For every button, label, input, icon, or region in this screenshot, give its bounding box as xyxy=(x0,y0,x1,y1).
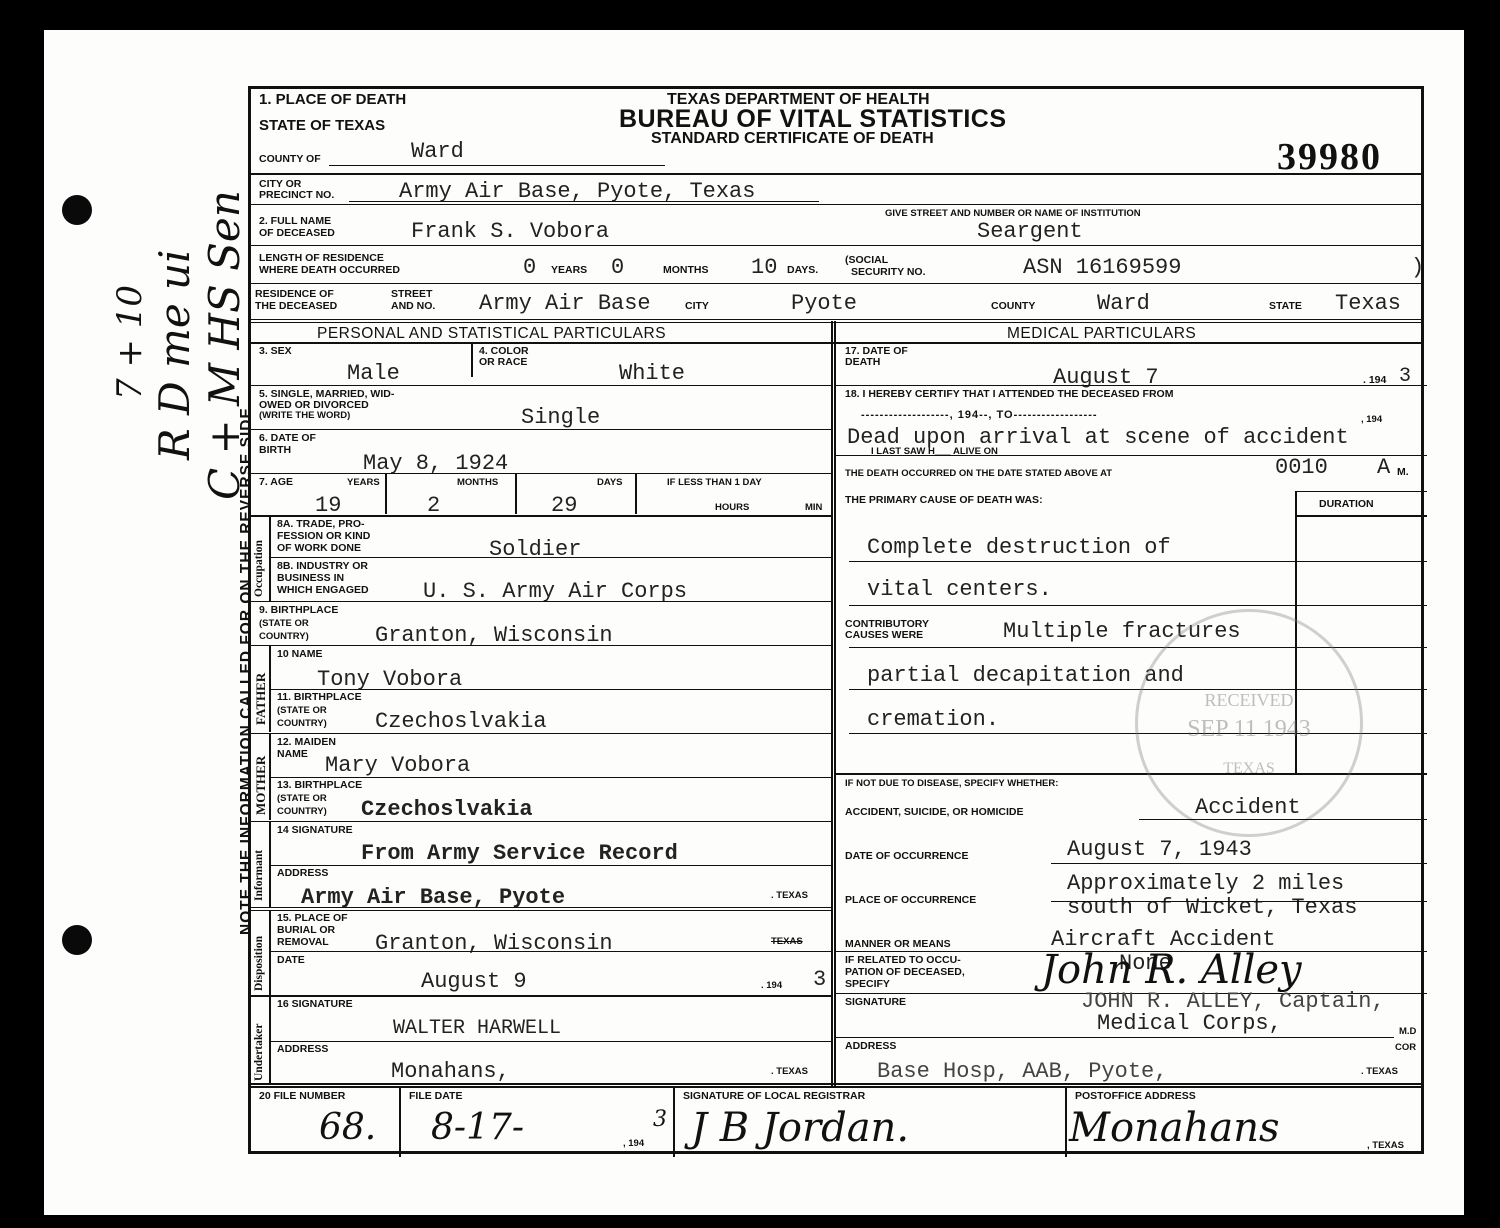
ssn-label-2: SECURITY NO. xyxy=(851,267,925,278)
mother-birthplace-label-2: (STATE OR xyxy=(277,794,327,804)
divider xyxy=(269,865,831,866)
residence-length-label-1: LENGTH OF RESIDENCE xyxy=(259,253,384,264)
ssn-label-1: (SOCIAL xyxy=(845,255,888,266)
residence-county-label: COUNTY xyxy=(991,301,1035,312)
age-months-label: MONTHS xyxy=(457,478,498,488)
burial-state-struck: TEXAS xyxy=(771,937,803,947)
min-label: MIN xyxy=(805,503,822,513)
file-date: 8-17- xyxy=(431,1107,524,1148)
physician-signature-label: SIGNATURE xyxy=(845,997,906,1008)
means-label: MANNER OR MEANS xyxy=(845,939,951,950)
birthplace-label-1: 9. BIRTHPLACE xyxy=(259,605,338,616)
residence-months: 0 xyxy=(611,255,624,280)
underline xyxy=(1051,901,1427,902)
md-label: M.D xyxy=(1399,1027,1416,1037)
full-name-label-1: 2. FULL NAME xyxy=(259,216,331,227)
hours-label: HOURS xyxy=(715,503,749,513)
burial-year-digit: 3 xyxy=(813,967,826,992)
residence-label-2: THE DECEASED xyxy=(255,301,337,312)
texas-suffix: , TEXAS xyxy=(1367,1141,1404,1151)
months-label: MONTHS xyxy=(663,265,709,276)
primary-cause-label: THE PRIMARY CAUSE OF DEATH WAS: xyxy=(845,495,1043,506)
divider xyxy=(251,429,831,430)
physician-signature-handwritten: John R. Alley xyxy=(1041,947,1302,993)
death-certificate-form: 1. PLACE OF DEATH STATE OF TEXAS TEXAS D… xyxy=(248,86,1424,1154)
death-time: 0010 xyxy=(1275,455,1328,480)
father-name-label: 10 NAME xyxy=(277,649,323,660)
divider xyxy=(1295,515,1427,517)
not-disease-label: IF NOT DUE TO DISEASE, SPECIFY WHETHER: xyxy=(845,779,1058,789)
mother-name-label-1: 12. MAIDEN xyxy=(277,737,336,748)
less-than-day-label: IF LESS THAN 1 DAY xyxy=(667,478,762,488)
residence-years: 0 xyxy=(523,255,536,280)
deceased-rank: Seargent xyxy=(977,219,1083,244)
residence-county: Ward xyxy=(1097,291,1150,316)
father-birthplace-label-2: (STATE OR xyxy=(277,706,327,716)
divider xyxy=(849,605,1427,606)
file-date-label: FILE DATE xyxy=(409,1091,462,1102)
occupation-side-label: Occupation xyxy=(253,540,265,597)
residence-label-1: RESIDENCE OF xyxy=(255,289,334,300)
postoffice-label: POSTOFFICE ADDRESS xyxy=(1075,1091,1196,1102)
deceased-name: Frank S. Vobora xyxy=(411,219,609,244)
occupation-related-label-1: IF RELATED TO OCCU- xyxy=(845,955,961,966)
divider xyxy=(269,951,831,952)
divider xyxy=(269,996,271,1084)
informant-signature-label: 14 SIGNATURE xyxy=(277,825,353,836)
physician-address-label: ADDRESS xyxy=(845,1041,896,1052)
mother-birthplace-label-3: COUNTRY) xyxy=(277,807,327,817)
occurrence-date-label: DATE OF OCCURRENCE xyxy=(845,851,968,862)
divider xyxy=(251,907,831,911)
industry-label-2: BUSINESS IN xyxy=(277,573,344,584)
texas-suffix: . TEXAS xyxy=(771,1067,808,1077)
divider xyxy=(251,473,831,474)
residence-length-label-2: WHERE DEATH OCCURRED xyxy=(259,265,400,276)
race-value: White xyxy=(619,361,685,386)
margin-handwriting: 7 + 10 R D me ui C + M HS Sen xyxy=(60,200,210,500)
divider xyxy=(269,516,271,602)
primary-cause-2: vital centers. xyxy=(867,577,1052,602)
divider xyxy=(251,821,831,822)
burial-label-3: REMOVAL xyxy=(277,937,329,948)
file-number: 68. xyxy=(319,1107,376,1148)
divider xyxy=(834,1037,1394,1038)
divider xyxy=(834,385,1427,386)
postoffice-value: Monahans xyxy=(1069,1105,1280,1151)
divider xyxy=(251,645,831,646)
mother-birthplace-label-1: 13. BIRTHPLACE xyxy=(277,780,362,791)
registrar-signature: J B Jordan. xyxy=(691,1105,909,1151)
time-label: THE DEATH OCCURRED ON THE DATE STATED AB… xyxy=(845,469,1112,479)
ssn-close-paren: ) xyxy=(1411,255,1424,280)
death-date: August 7 xyxy=(1053,365,1159,390)
industry-label-1: 8B. INDUSTRY OR xyxy=(277,561,368,572)
death-date-label-2: DEATH xyxy=(845,357,880,368)
divider xyxy=(251,173,1421,175)
stamp-line: TEXAS xyxy=(1138,760,1360,778)
header-certificate-type: STANDARD CERTIFICATE OF DEATH xyxy=(651,130,934,148)
file-number-label: 20 FILE NUMBER xyxy=(259,1091,345,1102)
physician-address: Base Hosp, AAB, Pyote, xyxy=(877,1059,1167,1084)
center-divider xyxy=(831,321,836,1087)
divider xyxy=(269,911,271,995)
undertaker-address: Monahans, xyxy=(391,1059,510,1084)
birthplace-label-3: COUNTRY) xyxy=(259,632,309,642)
burial-date: August 9 xyxy=(421,969,527,994)
divider xyxy=(515,474,517,514)
divider xyxy=(269,1041,831,1042)
county-value: Ward xyxy=(411,139,464,164)
divider xyxy=(251,601,831,602)
divider xyxy=(399,1087,401,1157)
undertaker-signature-label: 16 SIGNATURE xyxy=(277,999,353,1010)
place-of-death-label: 1. PLACE OF DEATH xyxy=(259,93,406,106)
divider xyxy=(251,245,1421,246)
punch-hole xyxy=(62,925,92,955)
underline xyxy=(834,455,1427,456)
divider xyxy=(251,733,831,734)
disposition-side-label: Disposition xyxy=(253,936,265,991)
street-label-1: STREET xyxy=(391,289,432,300)
medical-section-heading: MEDICAL PARTICULARS xyxy=(1007,325,1196,343)
burial-place: Granton, Wisconsin xyxy=(375,931,613,956)
duration-label: DURATION xyxy=(1319,499,1374,510)
burial-label-2: BURIAL OR xyxy=(277,925,335,936)
occurrence-place-1: Approximately 2 miles xyxy=(1067,871,1344,896)
occurrence-date: August 7, 1943 xyxy=(1067,837,1252,862)
divider xyxy=(1295,491,1427,492)
city-value: Army Air Base, Pyote, Texas xyxy=(399,179,755,204)
sex-label: 3. SEX xyxy=(259,346,292,357)
manner-type-label: ACCIDENT, SUICIDE, OR HOMICIDE xyxy=(845,807,1024,818)
industry-label-3: WHICH ENGAGED xyxy=(277,585,369,596)
county-underline xyxy=(329,165,665,166)
divider xyxy=(673,1087,675,1157)
trade-label-1: 8A. TRADE, PRO- xyxy=(277,519,365,530)
margin-note-line: R D me ui xyxy=(150,249,199,460)
age-days-label: DAYS xyxy=(597,478,623,488)
age-label: 7. AGE xyxy=(259,477,293,488)
divider xyxy=(251,515,831,517)
cor-label: COR xyxy=(1395,1043,1416,1053)
father-side-label: FATHER xyxy=(253,673,269,725)
divider xyxy=(635,474,637,514)
father-birthplace-label-3: COUNTRY) xyxy=(277,719,327,729)
marital-label-3: (WRITE THE WORD) xyxy=(259,411,350,421)
manner-type: Accident xyxy=(1195,795,1301,820)
occurrence-place-label: PLACE OF OCCURRENCE xyxy=(845,895,976,906)
days-label: DAYS. xyxy=(787,265,818,276)
burial-year-prefix: . 194 xyxy=(761,981,782,991)
divider xyxy=(251,204,1421,205)
registrar-signature-label: SIGNATURE OF LOCAL REGISTRAR xyxy=(683,1091,865,1102)
sex-value: Male xyxy=(347,361,400,386)
undertaker-signature: WALTER HARWELL xyxy=(393,1017,561,1040)
dob-label-2: BIRTH xyxy=(259,445,291,456)
marital-value: Single xyxy=(521,405,600,430)
informant-side-label: Informant xyxy=(253,850,265,901)
divider xyxy=(269,777,831,778)
attended-year-suffix: , 194 xyxy=(1361,415,1382,425)
mother-name-label-2: NAME xyxy=(277,749,308,760)
county-label: COUNTY OF xyxy=(259,154,321,165)
contributory-label-2: CAUSES WERE xyxy=(845,630,923,641)
years-label: YEARS xyxy=(551,265,587,276)
divider xyxy=(385,474,387,514)
full-name-label-2: OF DECEASED xyxy=(259,228,335,239)
dob-label-1: 6. DATE OF xyxy=(259,433,316,444)
mother-name: Mary Vobora xyxy=(325,753,470,778)
undertaker-side-label: Undertaker xyxy=(253,1024,265,1082)
primary-cause-1: Complete destruction of xyxy=(867,535,1171,560)
contributory-3: cremation. xyxy=(867,707,999,732)
mother-side-label: MOTHER xyxy=(253,756,269,815)
occupation-related-label-2: PATION OF DECEASED, xyxy=(845,967,965,978)
divider xyxy=(1065,1087,1067,1157)
residence-state: Texas xyxy=(1335,291,1401,316)
institution-label: GIVE STREET AND NUMBER OR NAME OF INSTIT… xyxy=(885,209,1141,219)
last-saw-typed: Dead upon arrival at scene of accident xyxy=(847,425,1349,450)
divider xyxy=(849,647,1427,648)
divider xyxy=(251,283,1421,284)
undertaker-address-label: ADDRESS xyxy=(277,1044,328,1055)
occupation-related-label-3: SPECIFY xyxy=(845,979,890,990)
certify-label: 18. I HEREBY CERTIFY THAT I ATTENDED THE… xyxy=(845,389,1173,400)
birthplace-label-2: (STATE OR xyxy=(259,619,309,629)
father-birthplace: Czechoslvakia xyxy=(375,709,547,734)
physician-signature-typed-2: Medical Corps, xyxy=(1097,1011,1282,1036)
underline xyxy=(1139,819,1427,820)
residence-state-label: STATE xyxy=(1269,301,1302,312)
texas-suffix: . TEXAS xyxy=(1361,1067,1398,1077)
trade-label-3: OF WORK DONE xyxy=(277,543,361,554)
ssn-value: ASN 16169599 xyxy=(1023,255,1181,280)
residence-street: Army Air Base xyxy=(479,291,651,316)
residence-days: 10 xyxy=(751,255,777,280)
death-meridiem: A xyxy=(1377,455,1390,480)
texas-suffix: . TEXAS xyxy=(771,891,808,901)
file-year-digit: 3 xyxy=(653,1107,667,1132)
underline xyxy=(1051,863,1427,864)
margin-note-line: 7 + 10 xyxy=(110,285,150,400)
divider xyxy=(251,319,1421,323)
divider xyxy=(269,689,831,690)
divider xyxy=(251,342,1421,344)
divider xyxy=(251,1083,1421,1088)
informant-signature: From Army Service Record xyxy=(361,841,678,866)
divider xyxy=(849,561,1427,562)
stamp-line: SEP 11 1943 xyxy=(1138,716,1360,743)
residence-city-label: CITY xyxy=(685,301,709,312)
personal-section-heading: PERSONAL AND STATISTICAL PARTICULARS xyxy=(317,325,666,343)
father-birthplace-label-1: 11. BIRTHPLACE xyxy=(277,692,362,703)
city-label-2: PRECINCT NO. xyxy=(259,190,334,201)
informant-address-label: ADDRESS xyxy=(277,868,328,879)
contributory-2: partial decapitation and xyxy=(867,663,1184,688)
meridiem-suffix: M. xyxy=(1397,467,1409,478)
trade-label-2: FESSION OR KIND xyxy=(277,531,370,542)
divider xyxy=(269,557,831,558)
file-year-prefix: , 194 xyxy=(623,1139,644,1149)
mother-birthplace: Czechoslvakia xyxy=(361,797,533,822)
race-label-2: OR RACE xyxy=(479,357,527,368)
burial-date-label: DATE xyxy=(277,955,305,966)
residence-city: Pyote xyxy=(791,291,857,316)
divider xyxy=(471,343,473,377)
occurrence-place-2: south of Wicket, Texas xyxy=(1067,895,1357,920)
attended-from-line: -------------------, 194--, TO----------… xyxy=(861,409,1098,422)
trade-value: Soldier xyxy=(489,537,581,562)
street-label-2: AND NO. xyxy=(391,301,435,312)
age-years-label: YEARS xyxy=(347,478,380,488)
stamp-line: RECEIVED xyxy=(1138,690,1360,711)
burial-label-1: 15. PLACE OF xyxy=(277,913,348,924)
divider xyxy=(251,385,831,386)
divider xyxy=(251,995,831,997)
state-label: STATE OF TEXAS xyxy=(259,119,385,132)
